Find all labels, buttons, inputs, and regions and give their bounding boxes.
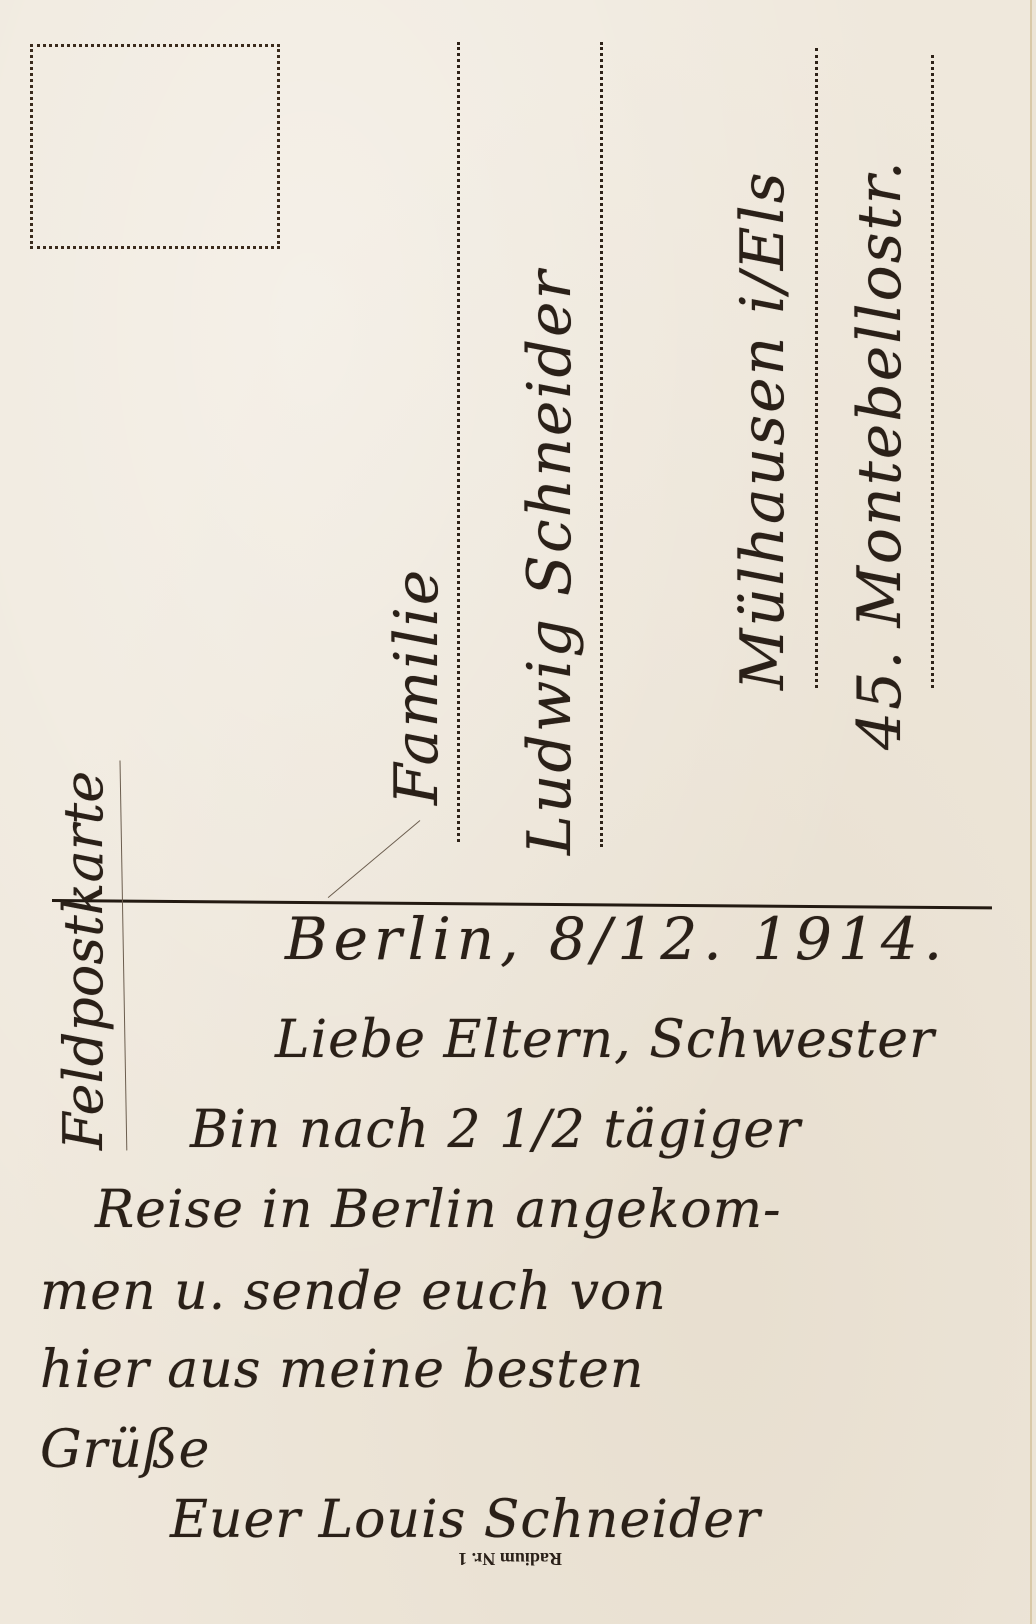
message-line-3: Reise in Berlin angekom- — [95, 1180, 782, 1240]
address-guide-line-4 — [931, 55, 934, 688]
feldpostkarte-label: Feldpostkarte — [52, 771, 115, 1150]
address-line-city: Mülhausen i/Els — [728, 170, 798, 690]
message-line-2: Bin nach 2 1/2 tägiger — [190, 1100, 801, 1160]
message-line-5: hier aus meine besten — [40, 1340, 644, 1400]
address-line-familie: Familie — [382, 568, 452, 805]
stamp-placeholder-box — [30, 44, 280, 249]
address-guide-line-1 — [457, 42, 460, 842]
message-line-1: Liebe Eltern, Schwester — [275, 1010, 935, 1070]
address-line-street: 45. Montebellostr. — [845, 159, 915, 750]
message-line-6: Grüße — [40, 1420, 210, 1480]
message-signature: Euer Louis Schneider — [170, 1490, 761, 1550]
label-flourish-line — [120, 760, 128, 1150]
message-date-header: Berlin, 8/12. 1914. — [285, 905, 948, 973]
address-guide-line-3 — [815, 48, 818, 688]
postcard-back: Feldpostkarte Familie Ludwig Schneider M… — [0, 0, 1032, 1624]
printer-imprint: Radium Nr. 1 — [420, 1548, 600, 1569]
address-line-name: Ludwig Schneider — [515, 269, 585, 855]
address-flourish-line — [328, 820, 421, 898]
message-line-4: men u. sende euch von — [40, 1262, 667, 1322]
address-guide-line-2 — [600, 42, 603, 847]
